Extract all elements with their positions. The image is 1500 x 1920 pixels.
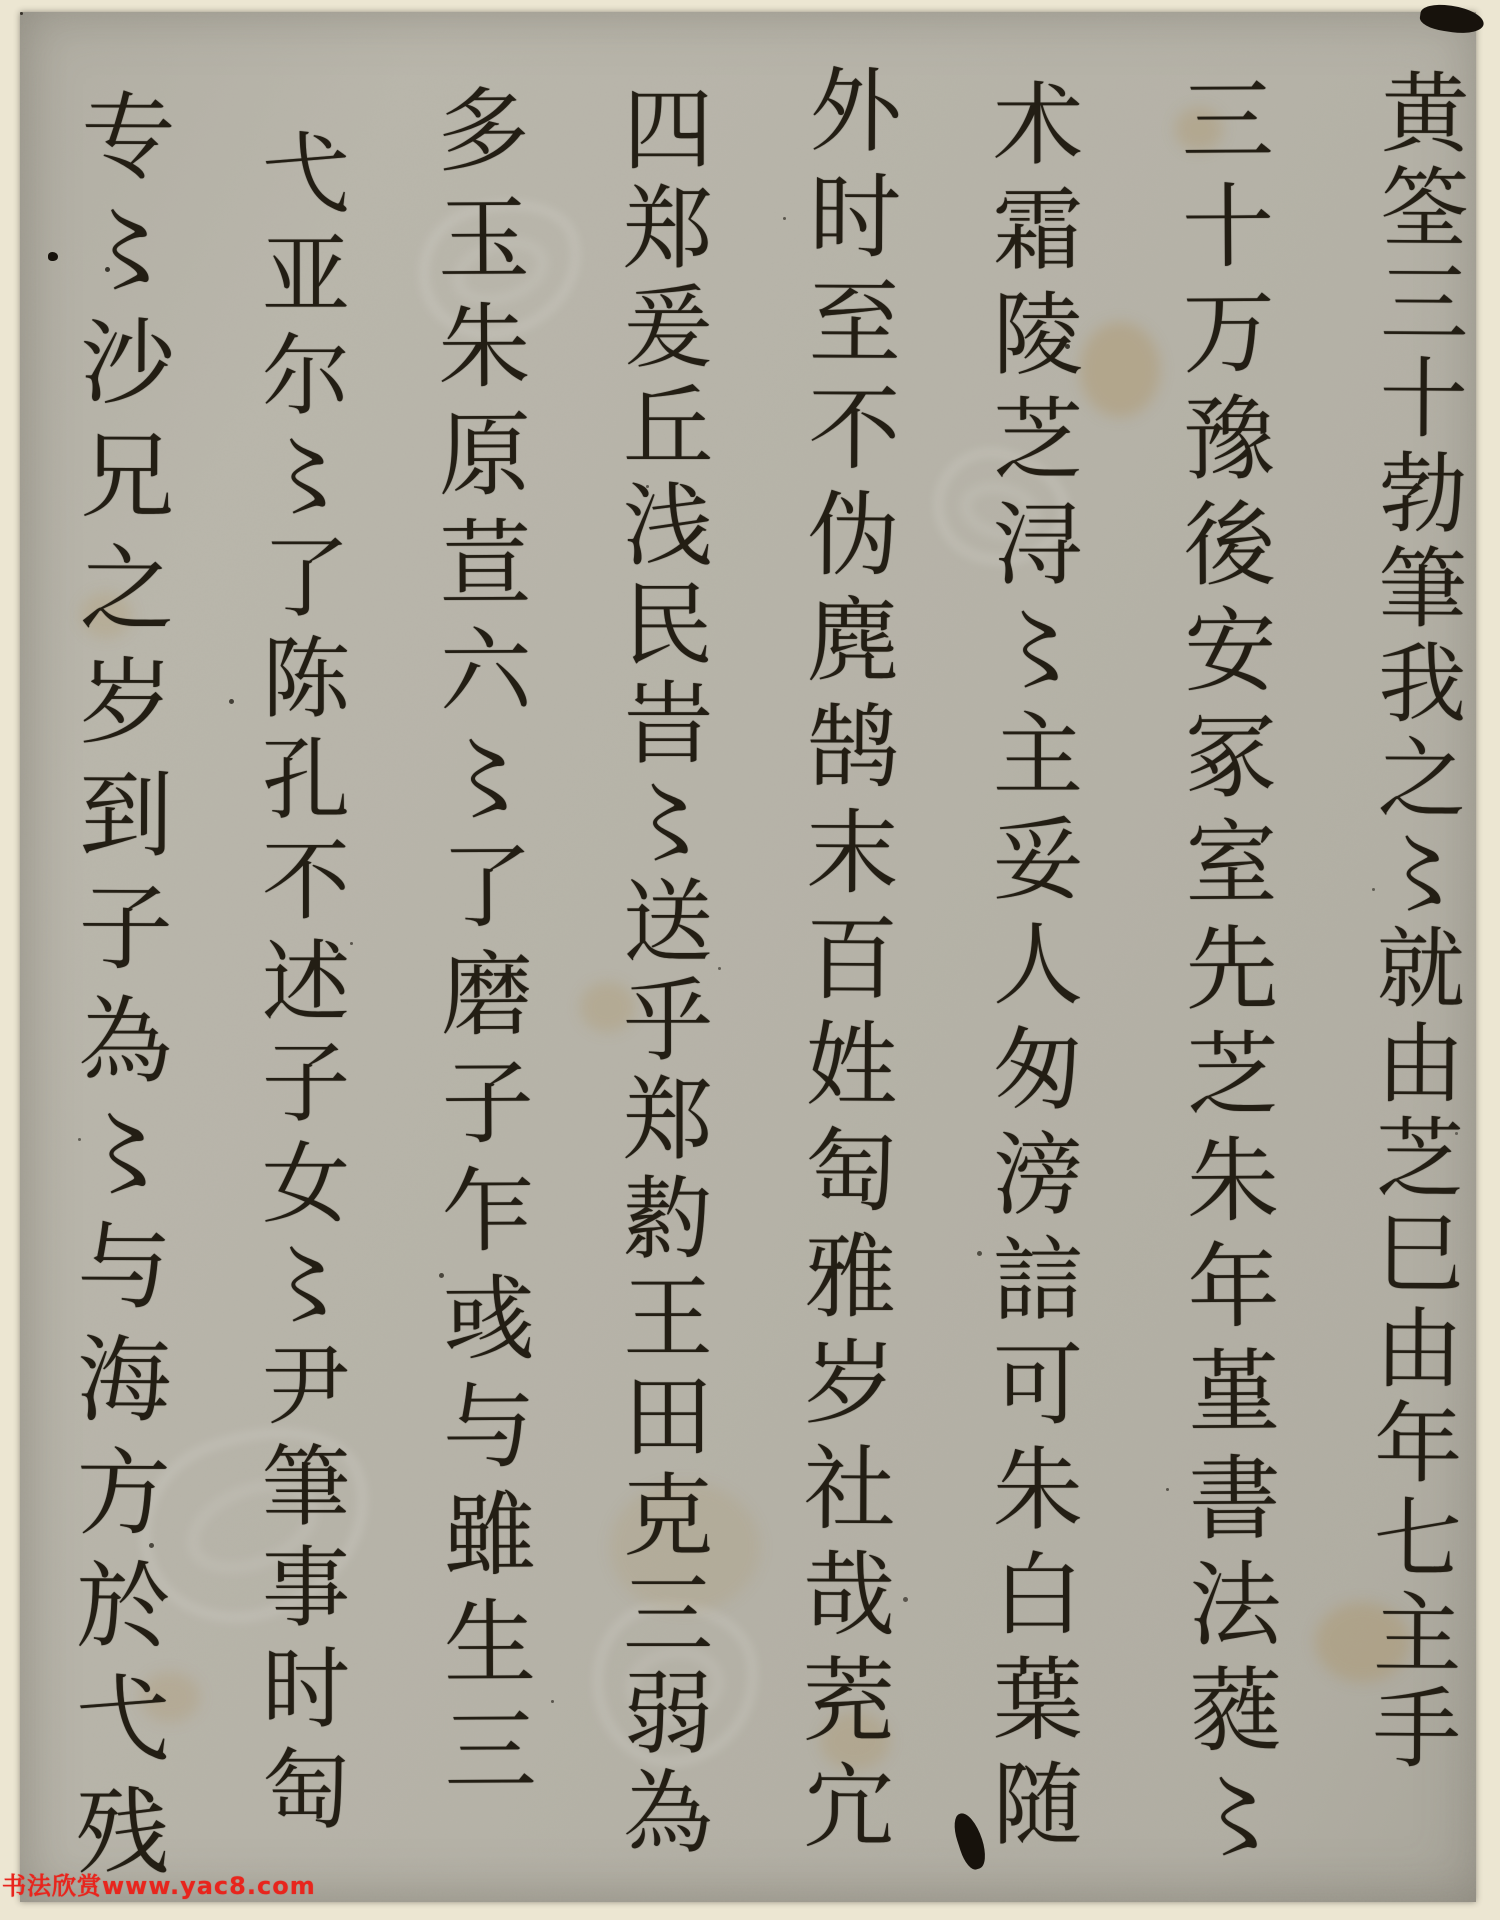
ink-specks bbox=[20, 12, 23, 15]
text-column-7: 弋亚尔〻了陈孔不述子女〻尹筆事时匋 bbox=[243, 127, 355, 1844]
text-column-2: 三十万豫後安冢室先芝朱年堇書法蕤〻 bbox=[1163, 72, 1284, 1875]
text-column-6: 多玉朱原荁六〻了磨子乍彧与雖生三 bbox=[419, 82, 539, 1810]
text-column-4: 外时至不伪麂鹄末百姓匋雅岁社哉茺宂 bbox=[784, 62, 904, 1864]
text-column-5: 四郑爰丘浅民旹〻送乎郑䋤王田克三弱為 bbox=[603, 82, 715, 1864]
manuscript-photo: 黄筌三十勃筆我之〻就由芝巳由年七主手 三十万豫後安冢室先芝朱年堇書法蕤〻 术霜陵… bbox=[0, 0, 1500, 1920]
paper-sheet: 黄筌三十勃筆我之〻就由芝巳由年七主手 三十万豫後安冢室先芝朱年堇書法蕤〻 术霜陵… bbox=[20, 12, 1476, 1902]
text-column-3: 术霜陵芝浔〻主妥人匆滂誩可朱白葉随 bbox=[973, 77, 1085, 1862]
text-column-1: 黄筌三十勃筆我之〻就由芝巳由年七主手 bbox=[1354, 67, 1475, 1778]
ink-blotch bbox=[1419, 2, 1486, 37]
site-watermark: 书法欣赏www.yac8.com bbox=[2, 1866, 316, 1901]
ink-blotch bbox=[48, 252, 58, 261]
text-column-8: 专〻沙兄之岁到子為〻与海方於弋残 bbox=[57, 87, 175, 1895]
fox-stain bbox=[1080, 322, 1160, 417]
